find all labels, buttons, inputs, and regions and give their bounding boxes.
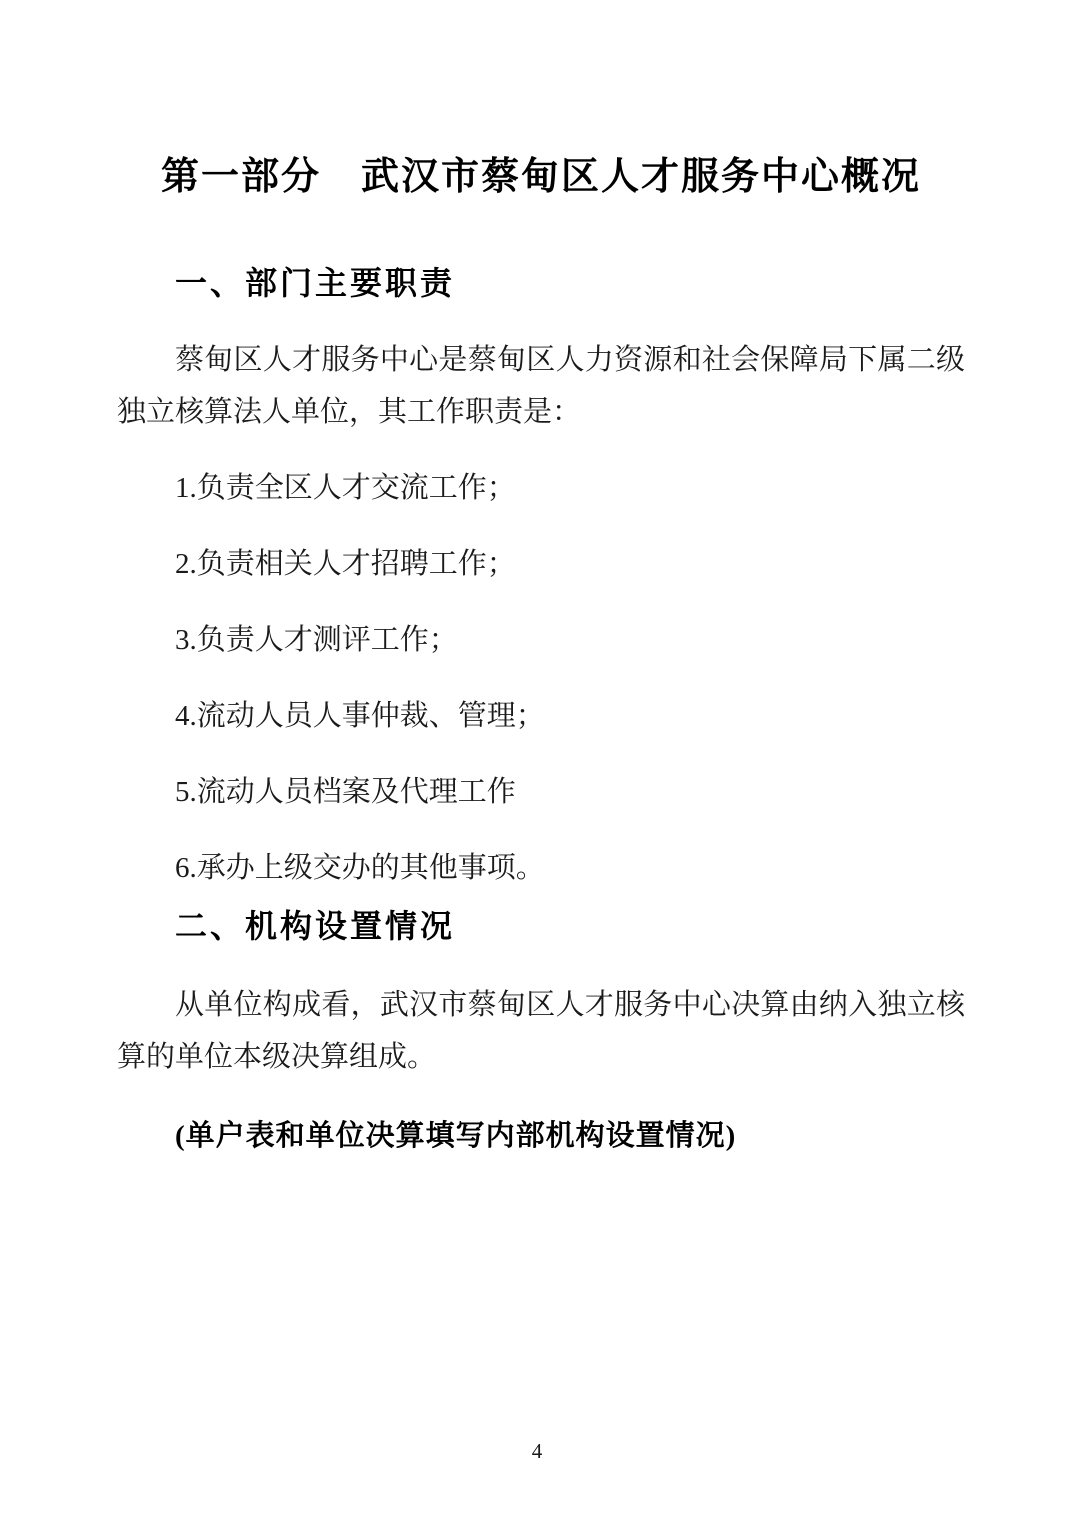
duty-item-3: 3.负责人才测评工作； — [117, 614, 965, 666]
section-1-heading: 一、部门主要职责 — [117, 261, 965, 305]
org-structure-note: (单户表和单位决算填写内部机构设置情况) — [117, 1111, 965, 1161]
page-number: 4 — [0, 1438, 1074, 1464]
document-page: 第一部分 武汉市蔡甸区人才服务中心概况 一、部门主要职责 蔡甸区人才服务中心是蔡… — [0, 0, 1074, 1520]
duty-item-2: 2.负责相关人才招聘工作； — [117, 538, 965, 590]
section-2-body-paragraph: 从单位构成看，武汉市蔡甸区人才服务中心决算由纳入独立核算的单位本级决算组成。 — [117, 979, 965, 1083]
document-title: 第一部分 武汉市蔡甸区人才服务中心概况 — [117, 150, 965, 204]
duty-item-6: 6.承办上级交办的其他事项。 — [117, 842, 965, 894]
duty-item-5: 5.流动人员档案及代理工作 — [117, 766, 965, 818]
duty-item-1: 1.负责全区人才交流工作； — [117, 462, 965, 514]
section-2-heading: 二、机构设置情况 — [117, 904, 965, 948]
duty-item-4: 4.流动人员人事仲裁、管理； — [117, 690, 965, 742]
section-1-intro-paragraph: 蔡甸区人才服务中心是蔡甸区人力资源和社会保障局下属二级独立核算法人单位，其工作职… — [117, 334, 965, 438]
